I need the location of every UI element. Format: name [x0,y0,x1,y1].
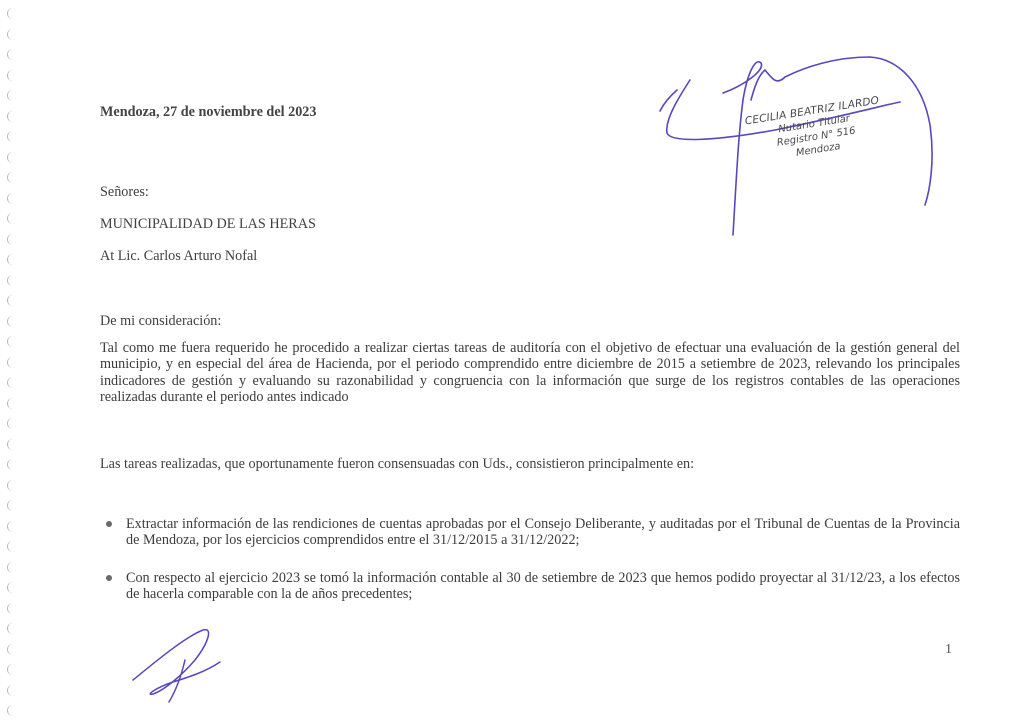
punch-mark [7,541,14,552]
punch-mark [7,193,14,204]
bullet-icon [106,521,112,527]
recipient-attention: At Lic. Carlos Arturo Nofal [100,248,257,265]
body-paragraph-1: Tal como me fuera requerido he procedido… [100,340,960,405]
punch-mark [7,29,14,40]
punch-mark [7,377,14,388]
punch-mark [7,131,14,142]
letter-date: Mendoza, 27 de noviembre del 2023 [100,104,316,121]
body-paragraph-2: Las tareas realizadas, que oportunamente… [100,456,694,473]
punch-mark [7,521,14,532]
list-item-text: Extractar información de las rendiciones… [126,516,960,548]
punch-mark [7,70,14,81]
punch-mark [7,603,14,614]
initials-signature [125,622,245,712]
punch-mark [7,459,14,470]
punch-mark [7,705,14,716]
punch-mark [7,685,14,696]
punch-mark [7,254,14,265]
punch-mark [7,111,14,122]
punch-mark [7,623,14,634]
punch-mark [7,8,14,19]
punch-mark [7,213,14,224]
punch-mark [7,480,14,491]
punch-mark [7,295,14,306]
punch-mark [7,90,14,101]
punch-mark [7,398,14,409]
bullet-icon [106,575,112,581]
punch-mark [7,336,14,347]
punch-mark [7,172,14,183]
punch-mark [7,49,14,60]
punch-mark [7,582,14,593]
list-item: Con respecto al ejercicio 2023 se tomó l… [126,570,960,603]
punch-mark [7,562,14,573]
page-number: 1 [945,642,952,658]
punch-mark [7,644,14,655]
punch-mark [7,418,14,429]
punch-mark [7,275,14,286]
list-item-text: Con respecto al ejercicio 2023 se tomó l… [126,570,960,602]
punch-mark [7,500,14,511]
punch-mark [7,316,14,327]
punch-mark [7,152,14,163]
salutation: Señores: [100,184,149,201]
greeting: De mi consideración: [100,313,221,330]
binding-punch-marks [0,0,30,724]
punch-mark [7,439,14,450]
recipient-organization: MUNICIPALIDAD DE LAS HERAS [100,216,316,233]
punch-mark [7,357,14,368]
punch-mark [7,234,14,245]
list-item: Extractar información de las rendiciones… [126,516,960,549]
punch-mark [7,664,14,675]
